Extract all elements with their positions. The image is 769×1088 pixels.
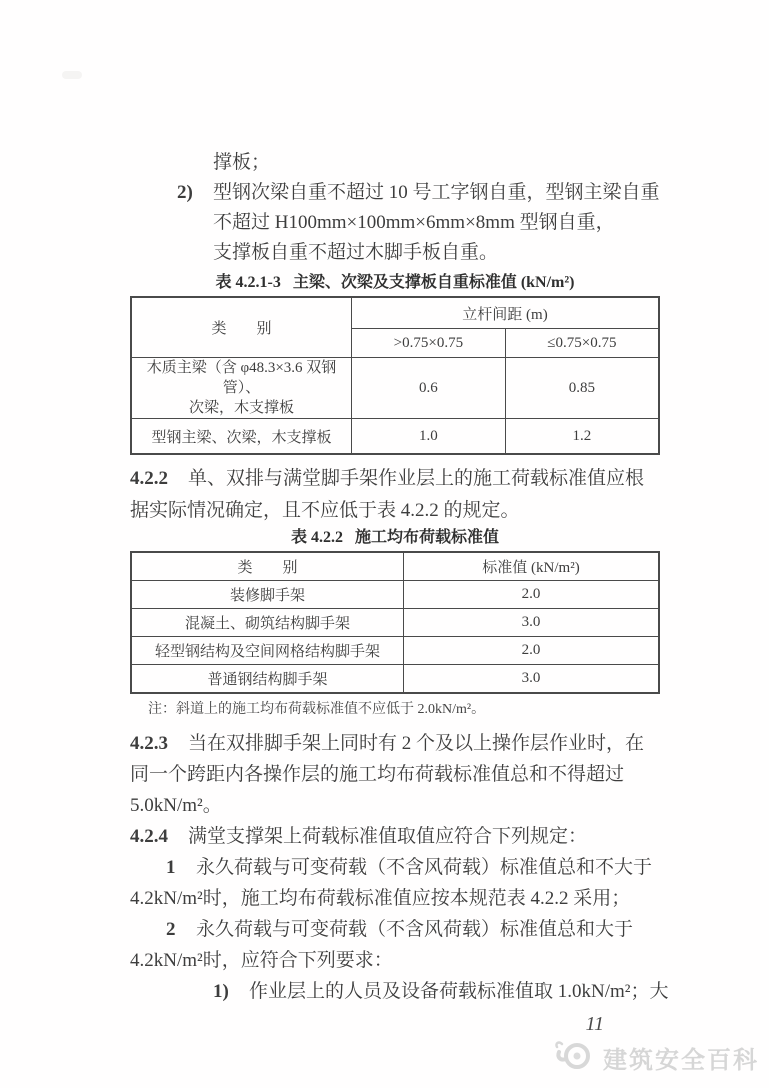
table2-row2-label: 混凝土、砌筑结构脚手架 bbox=[131, 609, 404, 637]
table-row: 型钢主梁、次梁，木支撑板 1.0 1.2 bbox=[131, 419, 659, 455]
list-item-1-continuation: 撑板； 2)型钢次梁自重不超过 10 号工字钢自重，型钢主梁自重 不超过 H10… bbox=[130, 148, 660, 268]
page-number: 11 bbox=[130, 1013, 660, 1035]
table-row: 装修脚手架 2.0 bbox=[131, 581, 659, 609]
subclause-text: 永久荷载与可变荷载（不含风荷载）标准值总和不大于 bbox=[196, 857, 652, 878]
subclause-2-item-1: 1)作业层上的人员及设备荷载标准值取 1.0kN/m²；大 bbox=[130, 976, 660, 1007]
clause-line: 据实际情况确定，且不应低于表 4.2.2 的规定。 bbox=[130, 495, 660, 527]
clause-4-2-4-number: 4.2.4 bbox=[130, 821, 188, 852]
subclause-2: 2永久荷载与可变荷载（不含风荷载）标准值总和大于 bbox=[130, 914, 660, 945]
subclause-2-marker: 2 bbox=[166, 914, 196, 945]
table-row: 轻型钢结构及空间网格结构脚手架 2.0 bbox=[131, 637, 659, 665]
subclause-1: 1永久荷载与可变荷载（不含风荷载）标准值总和不大于 bbox=[130, 852, 660, 883]
table2-row1-label: 装修脚手架 bbox=[131, 581, 404, 609]
clause-text: 满堂支撑架上荷载标准值取值应符合下列规定： bbox=[188, 826, 587, 847]
subclause-text: 永久荷载与可变荷载（不含风荷载）标准值总和大于 bbox=[196, 919, 633, 940]
scanned-document-page: 撑板； 2)型钢次梁自重不超过 10 号工字钢自重，型钢主梁自重 不超过 H10… bbox=[0, 0, 769, 1088]
body-line: 不超过 H100mm×100mm×6mm×8mm 型钢自重， bbox=[130, 208, 660, 238]
clause-line: 5.0kN/m²。 bbox=[130, 790, 660, 821]
clause-line: 4.2.2单、双排与满堂脚手架作业层上的施工荷载标准值应根 bbox=[130, 463, 660, 495]
table1-subheader-1: >0.75×0.75 bbox=[352, 329, 506, 358]
table2-caption: 表 4.2.2施工均布荷载标准值 bbox=[130, 527, 660, 549]
table2-row4-label: 普通钢结构脚手架 bbox=[131, 665, 404, 694]
watermark: 建筑安全百科 bbox=[553, 1039, 759, 1076]
table1-row2-label: 型钢主梁、次梁，木支撑板 bbox=[131, 419, 352, 455]
table-row: 普通钢结构脚手架 3.0 bbox=[131, 665, 659, 694]
clause-text: 单、双排与满堂脚手架作业层上的施工荷载标准值应根 bbox=[188, 468, 644, 489]
table-construction-load: 类 别 标准值 (kN/m²) 装修脚手架 2.0 混凝土、砌筑结构脚手架 3.… bbox=[130, 551, 660, 694]
table2-caption-title: 施工均布荷载标准值 bbox=[355, 529, 499, 546]
body-line: 撑板； bbox=[130, 148, 660, 178]
table1-row1-label: 木质主梁（含 φ48.3×3.6 双钢管）、 次梁，木支撑板 bbox=[131, 358, 352, 419]
clause-4-2-2: 4.2.2单、双排与满堂脚手架作业层上的施工荷载标准值应根 据实际情况确定，且不… bbox=[130, 463, 660, 527]
table2-row2-value: 3.0 bbox=[404, 609, 660, 637]
table1-row1-label-line2: 次梁，木支撑板 bbox=[136, 398, 347, 418]
body-line: 支撑板自重不超过木脚手板自重。 bbox=[130, 238, 660, 268]
table1-caption-label: 表 4.2.1-3 bbox=[215, 274, 280, 291]
list-item-2-marker: 2) bbox=[177, 178, 213, 208]
table1-row1-value1: 0.6 bbox=[352, 358, 506, 419]
table2-header-value: 标准值 (kN/m²) bbox=[404, 552, 660, 581]
table2-row3-label: 轻型钢结构及空间网格结构脚手架 bbox=[131, 637, 404, 665]
subclause-text: 作业层上的人员及设备荷载标准值取 1.0kN/m²；大 bbox=[249, 981, 668, 1002]
subclause-1-marker: 1 bbox=[166, 852, 196, 883]
table2-row1-value: 2.0 bbox=[404, 581, 660, 609]
clause-4-2-4: 4.2.4满堂支撑架上荷载标准值取值应符合下列规定： 1永久荷载与可变荷载（不含… bbox=[130, 821, 660, 1007]
table-row: 木质主梁（含 φ48.3×3.6 双钢管）、 次梁，木支撑板 0.6 0.85 bbox=[131, 358, 659, 419]
table1-caption-title: 主梁、次梁及支撑板自重标准值 (kN/m²) bbox=[293, 274, 575, 291]
clause-line: 4.2.3当在双排脚手架上同时有 2 个及以上操作层作业时，在 bbox=[130, 728, 660, 759]
table2-row3-value: 2.0 bbox=[404, 637, 660, 665]
clause-text: 当在双排脚手架上同时有 2 个及以上操作层作业时，在 bbox=[188, 733, 644, 754]
snail-logo-icon bbox=[553, 1039, 595, 1076]
subclause-2-item-1-marker: 1) bbox=[213, 976, 249, 1007]
clause-line: 4.2kN/m²时，施工均布荷载标准值应按本规范表 4.2.2 采用； bbox=[130, 883, 660, 914]
clause-4-2-2-number: 4.2.2 bbox=[130, 463, 188, 495]
table1-header-category: 类 别 bbox=[131, 297, 352, 358]
table2-row4-value: 3.0 bbox=[404, 665, 660, 694]
table-row: 混凝土、砌筑结构脚手架 3.0 bbox=[131, 609, 659, 637]
table1-caption: 表 4.2.1-3主梁、次梁及支撑板自重标准值 (kN/m²) bbox=[130, 272, 660, 294]
table2-note: 注：斜道上的施工均布荷载标准值不应低于 2.0kN/m²。 bbox=[130, 700, 660, 720]
table1-row1-label-line1: 木质主梁（含 φ48.3×3.6 双钢管）、 bbox=[136, 358, 347, 398]
clause-line: 同一个跨距内各操作层的施工均布荷载标准值总和不得超过 bbox=[130, 759, 660, 790]
table1-header-span: 立杆间距 (m) bbox=[352, 297, 660, 329]
table1-subheader-2: ≤0.75×0.75 bbox=[505, 329, 659, 358]
watermark-text: 建筑安全百科 bbox=[603, 1040, 759, 1075]
list-item-2: 2)型钢次梁自重不超过 10 号工字钢自重，型钢主梁自重 bbox=[130, 178, 660, 208]
clause-4-2-3-number: 4.2.3 bbox=[130, 728, 188, 759]
table-row: 类 别 立杆间距 (m) bbox=[131, 297, 659, 329]
table1-row2-value1: 1.0 bbox=[352, 419, 506, 455]
page-content: 撑板； 2)型钢次梁自重不超过 10 号工字钢自重，型钢主梁自重 不超过 H10… bbox=[130, 148, 660, 1035]
table2-header-category: 类 别 bbox=[131, 552, 404, 581]
clause-line: 4.2.4满堂支撑架上荷载标准值取值应符合下列规定： bbox=[130, 821, 660, 852]
table1-row1-value2: 0.85 bbox=[505, 358, 659, 419]
clause-4-2-3: 4.2.3当在双排脚手架上同时有 2 个及以上操作层作业时，在 同一个跨距内各操… bbox=[130, 728, 660, 821]
table-beam-self-weight: 类 别 立杆间距 (m) >0.75×0.75 ≤0.75×0.75 木质主梁（… bbox=[130, 296, 660, 455]
clause-line: 4.2kN/m²时，应符合下列要求： bbox=[130, 945, 660, 976]
table1-row2-value2: 1.2 bbox=[505, 419, 659, 455]
scan-smudge bbox=[62, 71, 82, 79]
table-row: 类 别 标准值 (kN/m²) bbox=[131, 552, 659, 581]
table2-caption-label: 表 4.2.2 bbox=[291, 529, 343, 546]
list-item-2-text: 型钢次梁自重不超过 10 号工字钢自重，型钢主梁自重 bbox=[213, 182, 660, 203]
